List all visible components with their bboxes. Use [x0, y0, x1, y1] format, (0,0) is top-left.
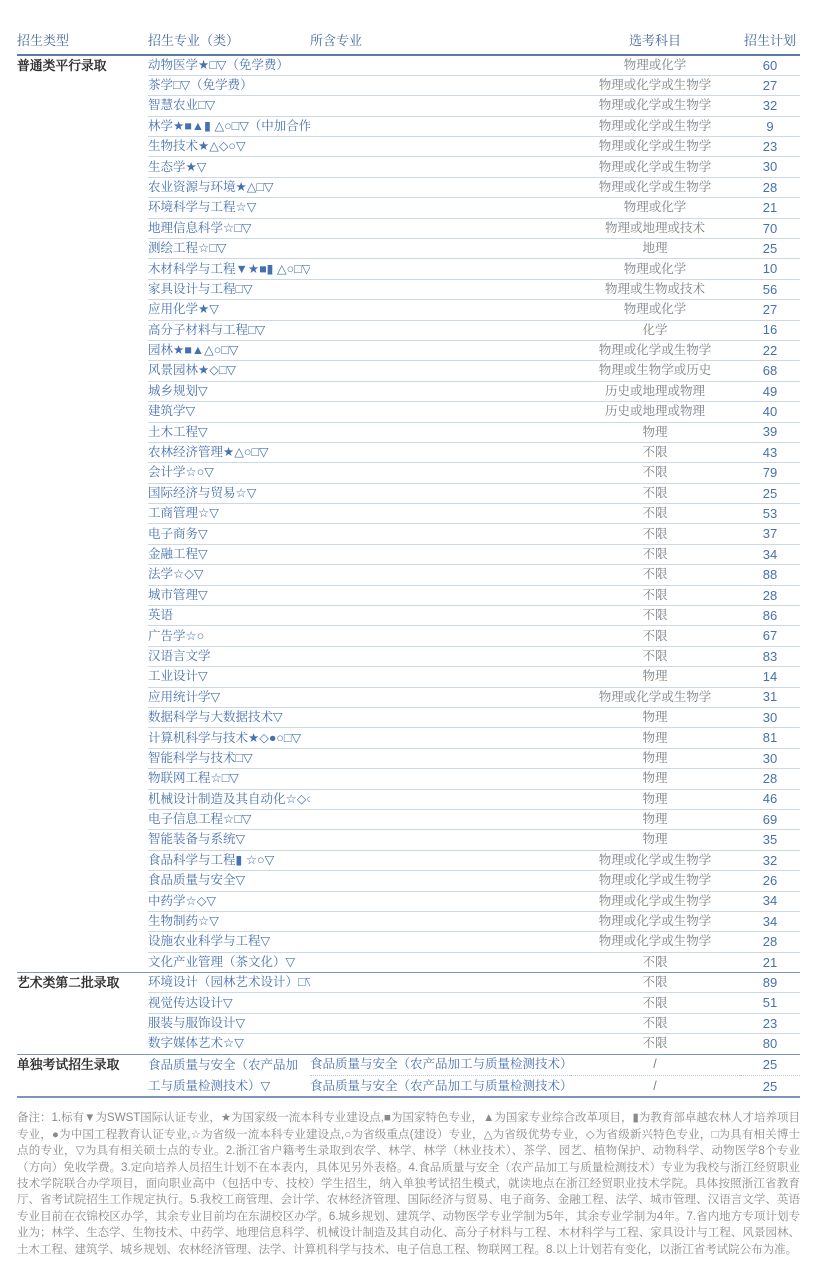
subjects-cell: 物理或生物或技术 [570, 279, 740, 299]
subjects-cell: 物理 [570, 667, 740, 687]
table-row: 工商管理☆▽不限53 [17, 504, 800, 524]
table-row: 农业资源与环境★△□▽物理或化学或生物学28 [17, 177, 800, 197]
subjects-cell: 物理或化学或生物学 [570, 116, 740, 136]
included-majors-cell [310, 809, 570, 829]
major-cell: 风景园林★◇□▽ [148, 361, 310, 381]
included-majors-cell [310, 279, 570, 299]
included-majors-cell [310, 769, 570, 789]
subjects-cell: 不限 [570, 606, 740, 626]
included-majors-cell [310, 830, 570, 850]
subjects-cell: 物理或化学或生物学 [570, 340, 740, 360]
admission-type-empty [17, 565, 148, 585]
col-header-admission-type: 招生类型 [17, 25, 148, 55]
included-majors-cell [310, 993, 570, 1013]
included-majors-cell [310, 198, 570, 218]
table-row: 文化产业管理（茶文化）▽不限21 [17, 952, 800, 972]
admission-type-empty [17, 442, 148, 462]
included-majors-cell [310, 239, 570, 259]
included-majors-cell [310, 748, 570, 768]
admission-type-empty [17, 993, 148, 1013]
table-row: 智能装备与系统▽物理35 [17, 830, 800, 850]
included-majors-cell [310, 708, 570, 728]
table-row: 单独考试招生录取食品质量与安全（农产品加工与质量检测技术）▽食品质量与安全（农产… [17, 1054, 800, 1076]
included-majors-cell [310, 911, 570, 931]
admission-type-empty [17, 239, 148, 259]
subjects-cell: 不限 [570, 1013, 740, 1033]
included-majors-cell [310, 300, 570, 320]
admission-type-label: 单独考试招生录取 [17, 1054, 148, 1097]
subjects-cell: 物理或化学或生物学 [570, 157, 740, 177]
included-majors-cell [310, 96, 570, 116]
plan-count-cell: 27 [740, 300, 800, 320]
admission-type-empty [17, 524, 148, 544]
admission-type-empty [17, 769, 148, 789]
included-majors-cell: 食品质量与安全（农产品加工与质量检测技术）（药学类） [310, 1054, 570, 1076]
plan-count-cell: 28 [740, 585, 800, 605]
subjects-cell: / [570, 1076, 740, 1098]
plan-count-cell: 28 [740, 769, 800, 789]
subjects-cell: 不限 [570, 483, 740, 503]
subjects-cell: 物理或化学 [570, 198, 740, 218]
subjects-cell: 不限 [570, 544, 740, 564]
table-row: 国际经济与贸易☆▽不限25 [17, 483, 800, 503]
major-cell: 木材科学与工程▼★■▮ △○□▽ [148, 259, 310, 279]
table-row: 地理信息科学☆□▽物理或地理或技术70 [17, 218, 800, 238]
admission-type-empty [17, 646, 148, 666]
major-cell: 茶学□▽（免学费） [148, 75, 310, 95]
subjects-cell: 物理或化学 [570, 55, 740, 75]
plan-count-cell: 40 [740, 402, 800, 422]
included-majors-cell [310, 116, 570, 136]
admission-type-empty [17, 606, 148, 626]
included-majors-cell [310, 606, 570, 626]
table-row: 英语不限86 [17, 606, 800, 626]
table-row: 城乡规划▽历史或地理或物理49 [17, 381, 800, 401]
admission-type-empty [17, 809, 148, 829]
included-majors-cell [310, 463, 570, 483]
admission-type-empty [17, 137, 148, 157]
plan-count-cell: 32 [740, 850, 800, 870]
col-header-major: 招生专业（类） [148, 25, 310, 55]
included-majors-cell [310, 259, 570, 279]
table-row: 计算机科学与技术★◇●○□▽物理81 [17, 728, 800, 748]
included-majors-cell [310, 381, 570, 401]
major-cell: 金融工程▽ [148, 544, 310, 564]
plan-count-cell: 25 [740, 1054, 800, 1076]
table-row: 法学☆◇▽不限88 [17, 565, 800, 585]
plan-count-cell: 88 [740, 565, 800, 585]
admission-type-empty [17, 932, 148, 952]
admission-type-empty [17, 626, 148, 646]
included-majors-cell [310, 667, 570, 687]
plan-count-cell: 43 [740, 442, 800, 462]
admission-type-empty [17, 1034, 148, 1054]
included-majors-cell [310, 850, 570, 870]
plan-count-cell: 31 [740, 687, 800, 707]
subjects-cell: / [570, 1054, 740, 1076]
subjects-cell: 不限 [570, 993, 740, 1013]
admission-type-empty [17, 198, 148, 218]
table-row: 设施农业科学与工程▽物理或化学或生物学28 [17, 932, 800, 952]
included-majors-cell [310, 973, 570, 993]
plan-count-cell: 26 [740, 871, 800, 891]
major-cell: 国际经济与贸易☆▽ [148, 483, 310, 503]
table-row: 环境科学与工程☆▽物理或化学21 [17, 198, 800, 218]
subjects-cell: 物理 [570, 809, 740, 829]
plan-count-cell: 83 [740, 646, 800, 666]
plan-count-cell: 32 [740, 96, 800, 116]
subjects-cell: 物理或化学或生物学 [570, 96, 740, 116]
plan-count-cell: 34 [740, 911, 800, 931]
major-cell: 物联网工程☆□▽ [148, 769, 310, 789]
admission-type-empty [17, 585, 148, 605]
admission-type-empty [17, 504, 148, 524]
subjects-cell: 历史或地理或物理 [570, 402, 740, 422]
plan-count-cell: 34 [740, 891, 800, 911]
plan-count-cell: 81 [740, 728, 800, 748]
major-cell: 应用化学★▽ [148, 300, 310, 320]
plan-count-cell: 30 [740, 157, 800, 177]
included-majors-cell [310, 320, 570, 340]
major-cell: 机械设计制造及其自动化☆◇○▽ [148, 789, 310, 809]
major-cell: 食品质量与安全▽ [148, 871, 310, 891]
subjects-cell: 物理或化学或生物学 [570, 137, 740, 157]
admission-type-empty [17, 157, 148, 177]
major-cell: 视觉传达设计▽ [148, 993, 310, 1013]
major-cell: 设施农业科学与工程▽ [148, 932, 310, 952]
included-majors-cell [310, 952, 570, 972]
plan-count-cell: 23 [740, 1013, 800, 1033]
table-row: 风景园林★◇□▽物理或生物学或历史68 [17, 361, 800, 381]
subjects-cell: 不限 [570, 504, 740, 524]
plan-count-cell: 46 [740, 789, 800, 809]
table-row: 高分子材料与工程□▽化学16 [17, 320, 800, 340]
table-row: 电子商务▽不限37 [17, 524, 800, 544]
table-row: 电子信息工程☆□▽物理69 [17, 809, 800, 829]
subjects-cell: 物理 [570, 789, 740, 809]
admission-plan-page: 招生类型 招生专业（类） 所含专业 选考科目 招生计划 普通类平行录取动物医学★… [0, 0, 819, 1263]
major-cell: 食品质量与安全（农产品加工与质量检测技术）▽ [148, 1054, 310, 1097]
major-cell: 中药学☆◇▽ [148, 891, 310, 911]
plan-count-cell: 23 [740, 137, 800, 157]
table-row: 食品科学与工程▮ ☆○▽物理或化学或生物学32 [17, 850, 800, 870]
plan-count-cell: 79 [740, 463, 800, 483]
admission-type-empty [17, 361, 148, 381]
plan-count-cell: 39 [740, 422, 800, 442]
major-cell: 文化产业管理（茶文化）▽ [148, 952, 310, 972]
subjects-cell: 不限 [570, 626, 740, 646]
major-cell: 林学★■▲▮ △○□▽（中加合作办学项目） [148, 116, 310, 136]
header-row: 招生类型 招生专业（类） 所含专业 选考科目 招生计划 [17, 25, 800, 55]
major-cell: 应用统计学▽ [148, 687, 310, 707]
subjects-cell: 物理或化学或生物学 [570, 911, 740, 931]
admission-type-empty [17, 259, 148, 279]
plan-count-cell: 60 [740, 55, 800, 75]
included-majors-cell [310, 75, 570, 95]
table-row: 汉语言文学不限83 [17, 646, 800, 666]
major-cell: 电子信息工程☆□▽ [148, 809, 310, 829]
table-row: 广告学☆○不限67 [17, 626, 800, 646]
admission-type-empty [17, 891, 148, 911]
subjects-cell: 不限 [570, 1034, 740, 1054]
included-majors-cell [310, 932, 570, 952]
plan-count-cell: 30 [740, 708, 800, 728]
plan-count-cell: 9 [740, 116, 800, 136]
subjects-cell: 不限 [570, 646, 740, 666]
subjects-cell: 物理或化学 [570, 259, 740, 279]
major-cell: 汉语言文学 [148, 646, 310, 666]
table-row: 服装与服饰设计▽不限23 [17, 1013, 800, 1033]
major-cell: 建筑学▽ [148, 402, 310, 422]
table-row: 生态学★▽物理或化学或生物学30 [17, 157, 800, 177]
major-cell: 生物制药☆▽ [148, 911, 310, 931]
admission-type-empty [17, 381, 148, 401]
subjects-cell: 物理 [570, 708, 740, 728]
plan-count-cell: 80 [740, 1034, 800, 1054]
subjects-cell: 物理或化学或生物学 [570, 871, 740, 891]
admission-type-empty [17, 483, 148, 503]
major-cell: 农林经济管理★△○□▽ [148, 442, 310, 462]
subjects-cell: 物理 [570, 422, 740, 442]
table-row: 生物制药☆▽物理或化学或生物学34 [17, 911, 800, 931]
included-majors-cell [310, 422, 570, 442]
included-majors-cell [310, 728, 570, 748]
subjects-cell: 物理 [570, 728, 740, 748]
table-row: 工业设计▽物理14 [17, 667, 800, 687]
subjects-cell: 物理或化学或生物学 [570, 891, 740, 911]
included-majors-cell [310, 402, 570, 422]
admission-type-empty [17, 320, 148, 340]
major-cell: 园林★■▲△○□▽ [148, 340, 310, 360]
subjects-cell: 物理 [570, 769, 740, 789]
admission-type-empty [17, 279, 148, 299]
major-cell: 数字媒体艺术☆▽ [148, 1034, 310, 1054]
included-majors-cell: 食品质量与安全（农产品加工与质量检测技术）（计算机类） [310, 1076, 570, 1098]
included-majors-cell [310, 1034, 570, 1054]
plan-count-cell: 21 [740, 952, 800, 972]
subjects-cell: 不限 [570, 463, 740, 483]
section-3: 单独考试招生录取食品质量与安全（农产品加工与质量检测技术）▽食品质量与安全（农产… [17, 1054, 800, 1097]
included-majors-cell [310, 565, 570, 585]
admission-type-label: 普通类平行录取 [17, 55, 148, 75]
table-row: 农林经济管理★△○□▽不限43 [17, 442, 800, 462]
major-cell: 智能科学与技术□▽ [148, 748, 310, 768]
plan-count-cell: 21 [740, 198, 800, 218]
admission-type-empty [17, 871, 148, 891]
table-row: 中药学☆◇▽物理或化学或生物学34 [17, 891, 800, 911]
table-row: 应用统计学▽物理或化学或生物学31 [17, 687, 800, 707]
subjects-cell: 物理或化学或生物学 [570, 850, 740, 870]
major-cell: 智慧农业□▽ [148, 96, 310, 116]
admission-type-empty [17, 116, 148, 136]
admission-type-empty [17, 911, 148, 931]
subjects-cell: 地理 [570, 239, 740, 259]
admission-type-empty [17, 708, 148, 728]
plan-count-cell: 25 [740, 1076, 800, 1098]
subjects-cell: 物理或地理或技术 [570, 218, 740, 238]
subjects-cell: 不限 [570, 952, 740, 972]
plan-count-cell: 86 [740, 606, 800, 626]
section-2: 艺术类第二批录取环境设计（园林艺术设计）□▽不限89视觉传达设计▽不限51服装与… [17, 973, 800, 1055]
major-cell: 土木工程▽ [148, 422, 310, 442]
plan-count-cell: 70 [740, 218, 800, 238]
table-row: 家具设计与工程□▽物理或生物或技术56 [17, 279, 800, 299]
major-cell: 食品科学与工程▮ ☆○▽ [148, 850, 310, 870]
major-cell: 工业设计▽ [148, 667, 310, 687]
included-majors-cell [310, 646, 570, 666]
table-row: 金融工程▽不限34 [17, 544, 800, 564]
major-cell: 家具设计与工程□▽ [148, 279, 310, 299]
included-majors-cell [310, 504, 570, 524]
included-majors-cell [310, 524, 570, 544]
table-row: 会计学☆○▽不限79 [17, 463, 800, 483]
subjects-cell: 历史或地理或物理 [570, 381, 740, 401]
major-cell: 农业资源与环境★△□▽ [148, 177, 310, 197]
included-majors-cell [310, 483, 570, 503]
plan-count-cell: 16 [740, 320, 800, 340]
admission-type-empty [17, 544, 148, 564]
major-cell: 环境科学与工程☆▽ [148, 198, 310, 218]
admission-type-empty [17, 748, 148, 768]
admission-type-empty [17, 850, 148, 870]
table-row: 应用化学★▽物理或化学27 [17, 300, 800, 320]
table-row: 普通类平行录取动物医学★□▽（免学费）物理或化学60 [17, 55, 800, 75]
admission-type-empty [17, 1013, 148, 1033]
major-cell: 城乡规划▽ [148, 381, 310, 401]
included-majors-cell [310, 1013, 570, 1033]
plan-count-cell: 28 [740, 177, 800, 197]
major-cell: 计算机科学与技术★◇●○□▽ [148, 728, 310, 748]
subjects-cell: 不限 [570, 585, 740, 605]
admission-type-empty [17, 340, 148, 360]
subjects-cell: 化学 [570, 320, 740, 340]
included-majors-cell [310, 157, 570, 177]
plan-count-cell: 27 [740, 75, 800, 95]
admission-type-empty [17, 177, 148, 197]
subjects-cell: 物理或化学或生物学 [570, 932, 740, 952]
admission-type-empty [17, 96, 148, 116]
major-cell: 服装与服饰设计▽ [148, 1013, 310, 1033]
included-majors-cell [310, 137, 570, 157]
table-row: 艺术类第二批录取环境设计（园林艺术设计）□▽不限89 [17, 973, 800, 993]
table-row: 茶学□▽（免学费）物理或化学或生物学27 [17, 75, 800, 95]
included-majors-cell [310, 218, 570, 238]
admission-type-empty [17, 952, 148, 972]
included-majors-cell [310, 626, 570, 646]
major-cell: 城市管理▽ [148, 585, 310, 605]
col-header-included: 所含专业 [310, 25, 570, 55]
plan-count-cell: 28 [740, 932, 800, 952]
included-majors-cell [310, 361, 570, 381]
table-row: 城市管理▽不限28 [17, 585, 800, 605]
admission-type-label: 艺术类第二批录取 [17, 973, 148, 993]
table-row: 物联网工程☆□▽物理28 [17, 769, 800, 789]
plan-count-cell: 49 [740, 381, 800, 401]
table-row: 数据科学与大数据技术▽物理30 [17, 708, 800, 728]
subjects-cell: 物理 [570, 748, 740, 768]
major-cell: 会计学☆○▽ [148, 463, 310, 483]
table-row: 测绘工程☆□▽地理25 [17, 239, 800, 259]
table-row: 林学★■▲▮ △○□▽（中加合作办学项目）物理或化学或生物学9 [17, 116, 800, 136]
plan-count-cell: 69 [740, 809, 800, 829]
included-majors-cell [310, 585, 570, 605]
admission-type-empty [17, 463, 148, 483]
plan-count-cell: 37 [740, 524, 800, 544]
major-cell: 数据科学与大数据技术▽ [148, 708, 310, 728]
table-row: 食品质量与安全▽物理或化学或生物学26 [17, 871, 800, 891]
major-cell: 智能装备与系统▽ [148, 830, 310, 850]
col-header-subjects: 选考科目 [570, 25, 740, 55]
table-header: 招生类型 招生专业（类） 所含专业 选考科目 招生计划 [17, 25, 800, 55]
table-row: 数字媒体艺术☆▽不限80 [17, 1034, 800, 1054]
admission-type-empty [17, 75, 148, 95]
plan-count-cell: 34 [740, 544, 800, 564]
admission-type-empty [17, 300, 148, 320]
plan-count-cell: 35 [740, 830, 800, 850]
included-majors-cell [310, 442, 570, 462]
major-cell: 电子商务▽ [148, 524, 310, 544]
plan-count-cell: 67 [740, 626, 800, 646]
table-row: 智慧农业□▽物理或化学或生物学32 [17, 96, 800, 116]
plan-count-cell: 14 [740, 667, 800, 687]
plan-count-cell: 30 [740, 748, 800, 768]
subjects-cell: 不限 [570, 973, 740, 993]
admission-type-empty [17, 789, 148, 809]
subjects-cell: 物理或化学或生物学 [570, 177, 740, 197]
admission-type-empty [17, 667, 148, 687]
major-cell: 生物技术★△◇○▽ [148, 137, 310, 157]
table-row: 机械设计制造及其自动化☆◇○▽物理46 [17, 789, 800, 809]
major-cell: 高分子材料与工程□▽ [148, 320, 310, 340]
plan-count-cell: 53 [740, 504, 800, 524]
plan-count-cell: 22 [740, 340, 800, 360]
major-cell: 法学☆◇▽ [148, 565, 310, 585]
major-cell: 动物医学★□▽（免学费） [148, 55, 310, 75]
table-row: 智能科学与技术□▽物理30 [17, 748, 800, 768]
included-majors-cell [310, 177, 570, 197]
subjects-cell: 物理或化学或生物学 [570, 687, 740, 707]
table-row: 建筑学▽历史或地理或物理40 [17, 402, 800, 422]
subjects-cell: 物理 [570, 830, 740, 850]
plan-count-cell: 89 [740, 973, 800, 993]
admission-type-empty [17, 728, 148, 748]
subjects-cell: 不限 [570, 442, 740, 462]
table-row: 生物技术★△◇○▽物理或化学或生物学23 [17, 137, 800, 157]
col-header-plan: 招生计划 [740, 25, 800, 55]
table-row: 木材科学与工程▼★■▮ △○□▽物理或化学10 [17, 259, 800, 279]
footnotes: 备注：1.标有▼为SWST国际认证专业，★为国家级一流本科专业建设点,■为国家特… [17, 1110, 800, 1258]
major-cell: 生态学★▽ [148, 157, 310, 177]
plan-count-cell: 25 [740, 239, 800, 259]
major-cell: 英语 [148, 606, 310, 626]
plan-count-cell: 51 [740, 993, 800, 1013]
plan-count-cell: 10 [740, 259, 800, 279]
included-majors-cell [310, 871, 570, 891]
subjects-cell: 物理或生物学或历史 [570, 361, 740, 381]
included-majors-cell [310, 55, 570, 75]
major-cell: 广告学☆○ [148, 626, 310, 646]
plan-count-cell: 56 [740, 279, 800, 299]
included-majors-cell [310, 544, 570, 564]
plan-count-cell: 68 [740, 361, 800, 381]
table-row: 园林★■▲△○□▽物理或化学或生物学22 [17, 340, 800, 360]
admission-type-empty [17, 830, 148, 850]
subjects-cell: 不限 [570, 565, 740, 585]
included-majors-cell [310, 789, 570, 809]
included-majors-cell [310, 687, 570, 707]
major-cell: 测绘工程☆□▽ [148, 239, 310, 259]
section-1: 普通类平行录取动物医学★□▽（免学费）物理或化学60茶学□▽（免学费）物理或化学… [17, 55, 800, 973]
